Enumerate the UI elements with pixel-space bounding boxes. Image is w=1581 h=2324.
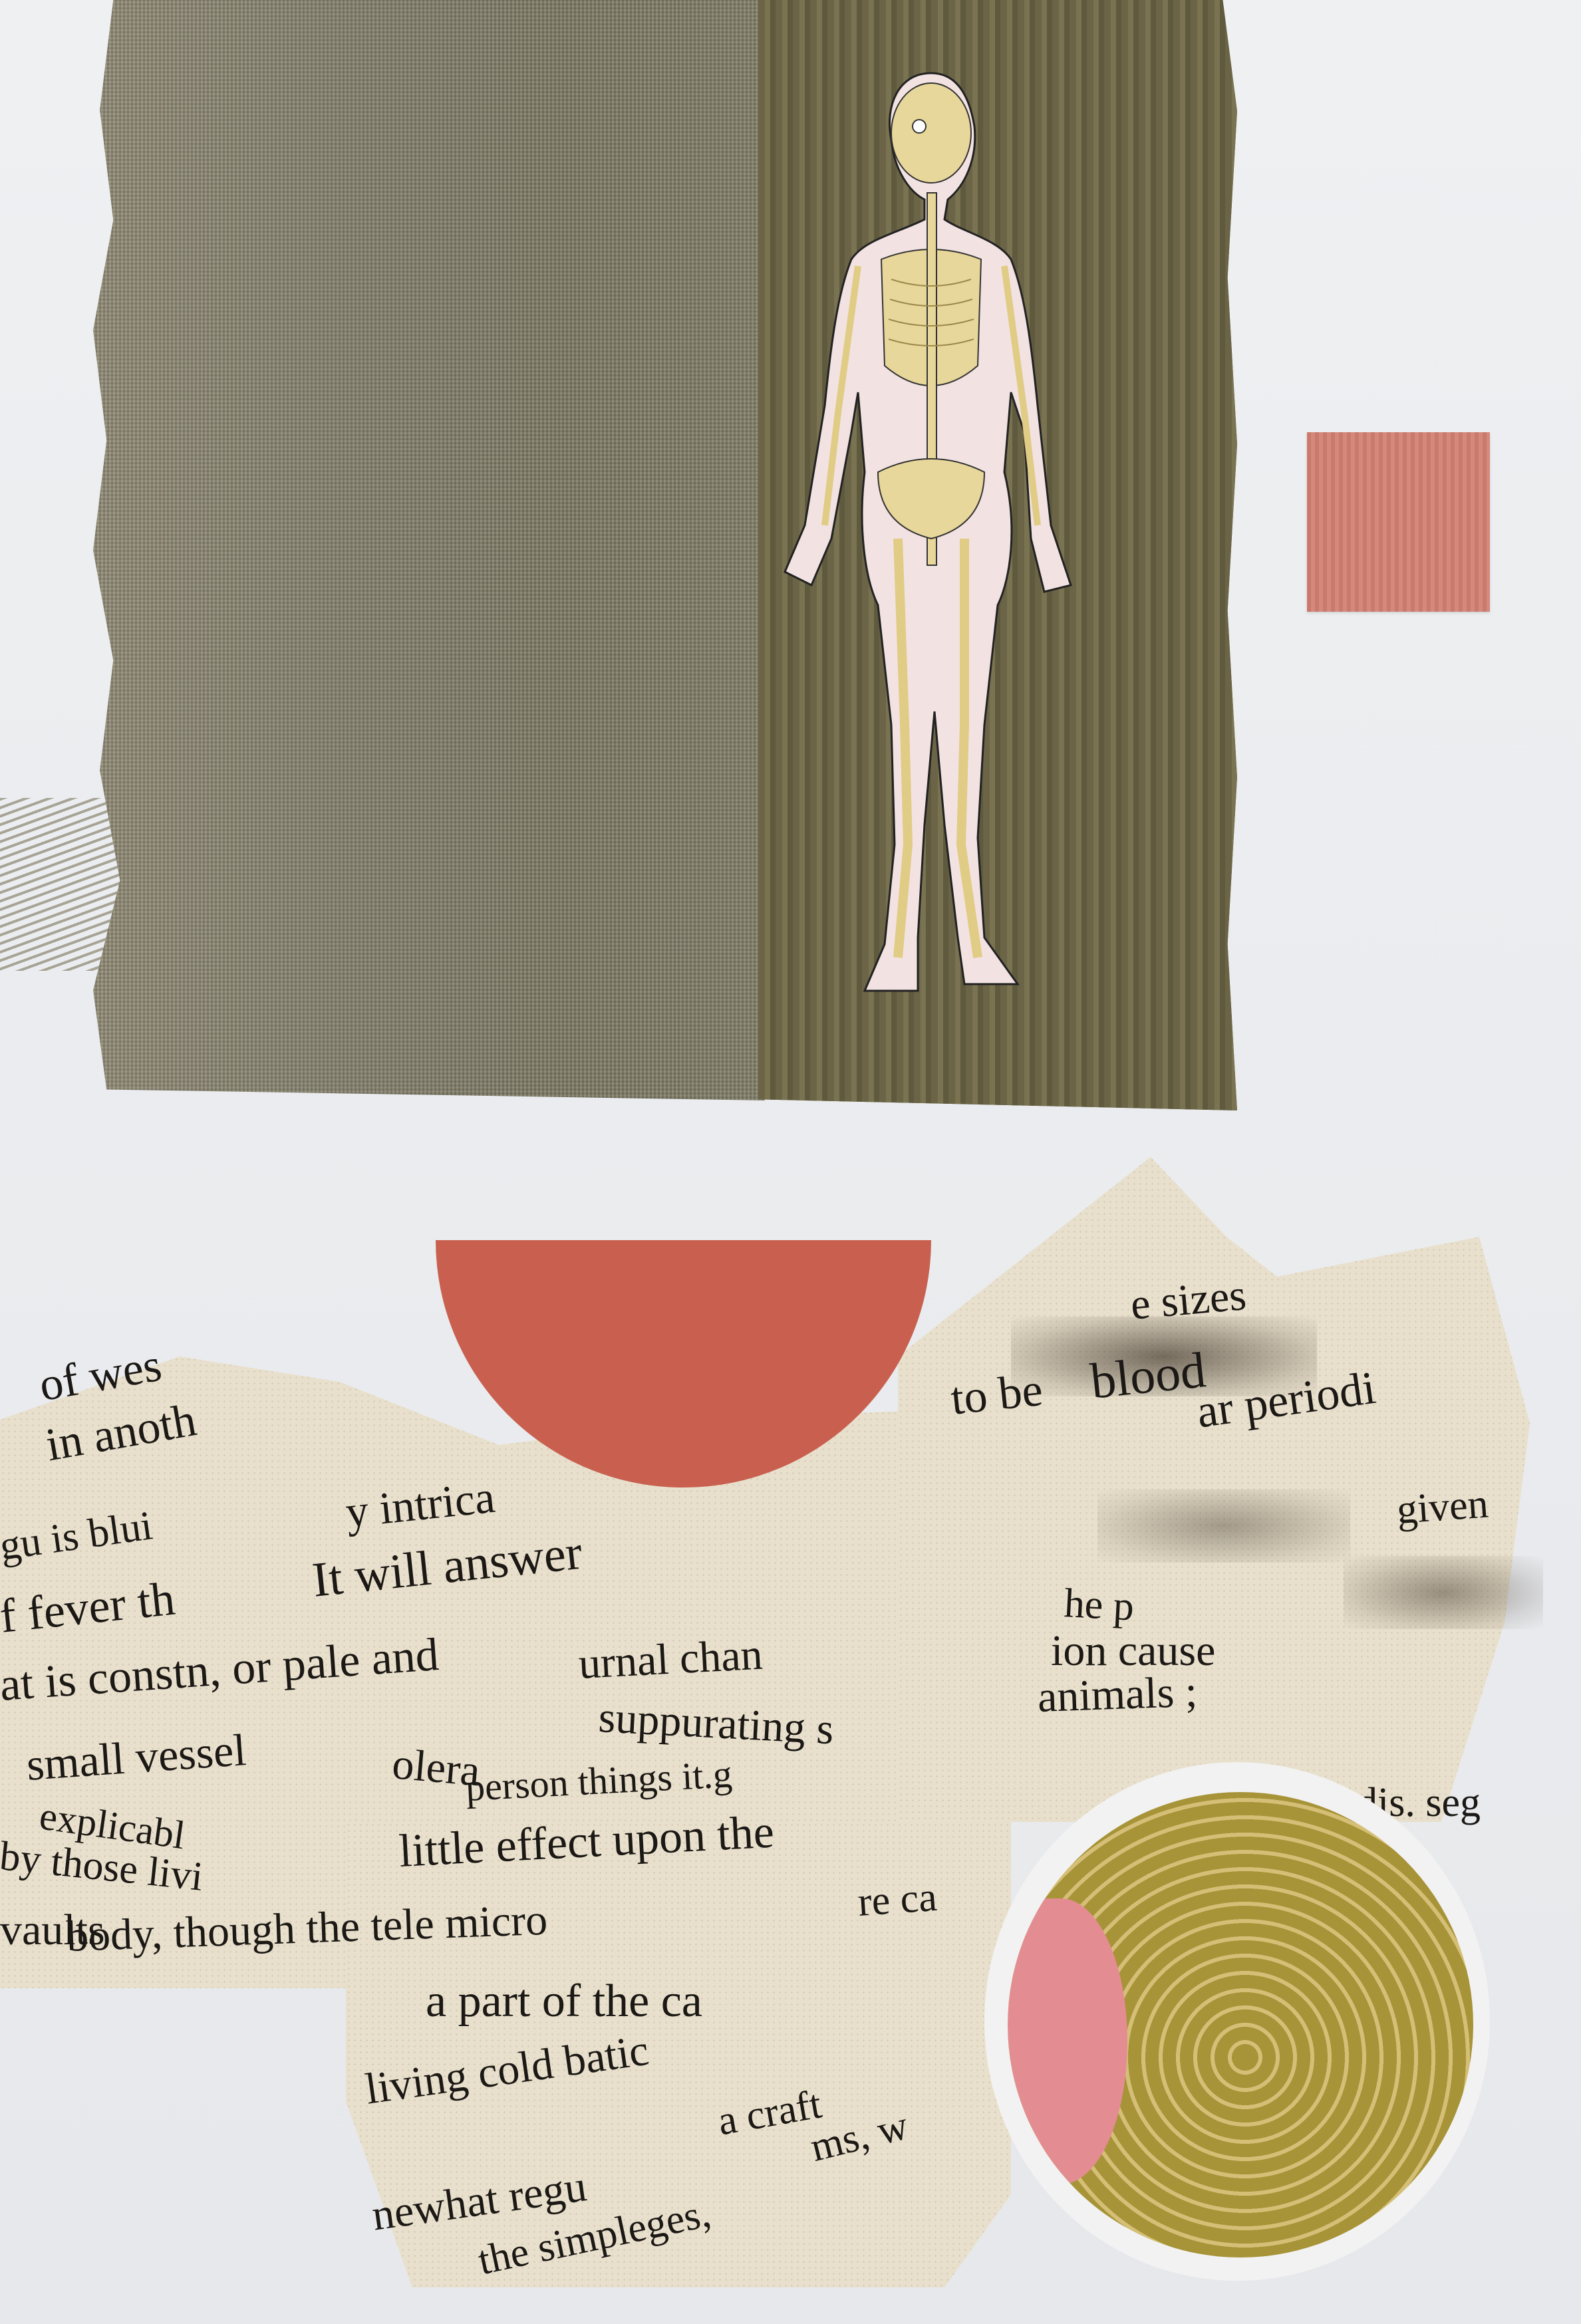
text-fragment: re ca (857, 1876, 938, 1923)
text-fragment: a part of the ca (426, 1978, 702, 2025)
grey-fabric-swatch (93, 0, 765, 1100)
text-fragment: he p (1063, 1583, 1135, 1627)
skeleton-figure-icon (765, 60, 1111, 1004)
text-fragment: given (1395, 1483, 1490, 1530)
pink-linen-swatch (1307, 432, 1490, 612)
text-fragment: animals ; (1037, 1670, 1198, 1720)
text-fragment: to be (948, 1367, 1045, 1423)
text-fragment: urnal chan (577, 1633, 764, 1686)
pink-crescent (1008, 1792, 1473, 2258)
text-fragment: suppurating s (597, 1696, 835, 1751)
text-fragment: blood (1088, 1345, 1208, 1407)
ochre-ring-circle (1008, 1792, 1473, 2258)
text-fragment: ion cause (1051, 1629, 1215, 1673)
text-fragment: e sizes (1129, 1273, 1248, 1327)
